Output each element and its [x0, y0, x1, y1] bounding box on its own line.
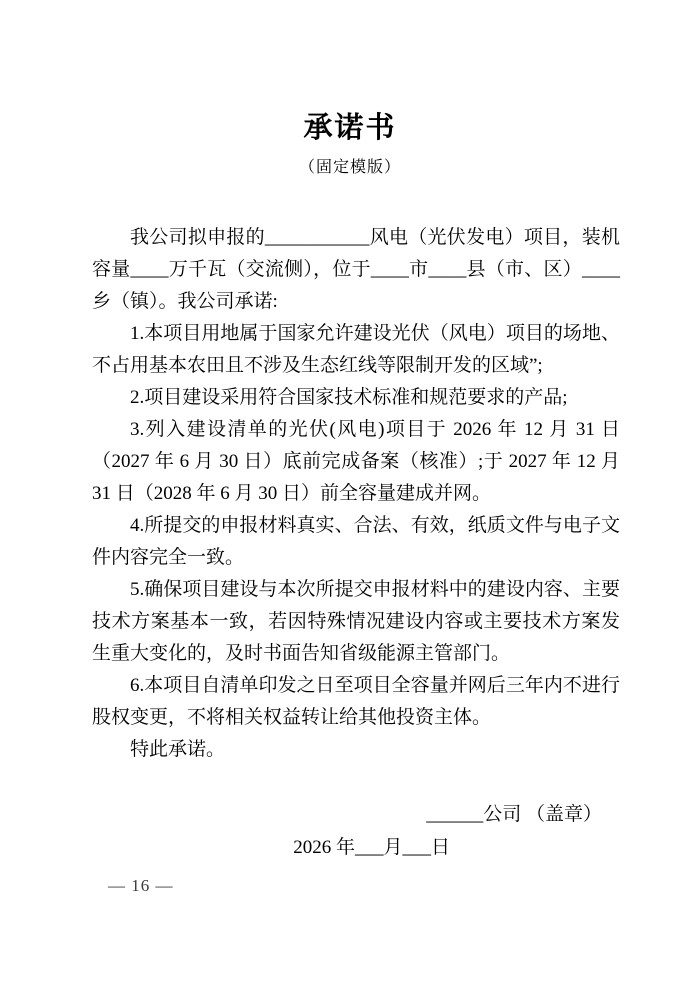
- document-subtitle: （固定模版）: [0, 158, 700, 178]
- commitment-item-3: 3.列入建设清单的光伏(风电)项目于 2026 年 12 月 31 日（2027…: [92, 414, 620, 510]
- signature-block: ______公司 （盖章） 2026 年___月___日: [0, 798, 700, 864]
- paragraph-intro: 我公司拟申报的___________风电（光伏发电）项目，装机容量____万千瓦…: [92, 222, 620, 318]
- document-body: 我公司拟申报的___________风电（光伏发电）项目，装机容量____万千瓦…: [0, 222, 700, 766]
- signature-date-line: 2026 年___月___日: [0, 831, 700, 864]
- commitment-item-1: 1.本项目用地属于国家允许建设光伏（风电）项目的场地、不占用基本农田且不涉及生态…: [92, 318, 620, 382]
- page-number: — 16 —: [108, 876, 174, 896]
- document-title: 承诺书: [0, 0, 700, 146]
- closing-statement: 特此承诺。: [92, 734, 620, 766]
- commitment-item-2: 2.项目建设采用符合国家技术标准和规范要求的产品;: [92, 382, 620, 414]
- commitment-item-6: 6.本项目自清单印发之日至项目全容量并网后三年内不进行股权变更，不将相关权益转让…: [92, 670, 620, 734]
- signature-company-line: ______公司 （盖章）: [0, 798, 700, 831]
- document-page: 承诺书 （固定模版） 我公司拟申报的___________风电（光伏发电）项目，…: [0, 0, 700, 990]
- commitment-item-4: 4.所提交的申报材料真实、合法、有效，纸质文件与电子文件内容完全一致。: [92, 510, 620, 574]
- commitment-item-5: 5.确保项目建设与本次所提交申报材料中的建设内容、主要技术方案基本一致，若因特殊…: [92, 574, 620, 670]
